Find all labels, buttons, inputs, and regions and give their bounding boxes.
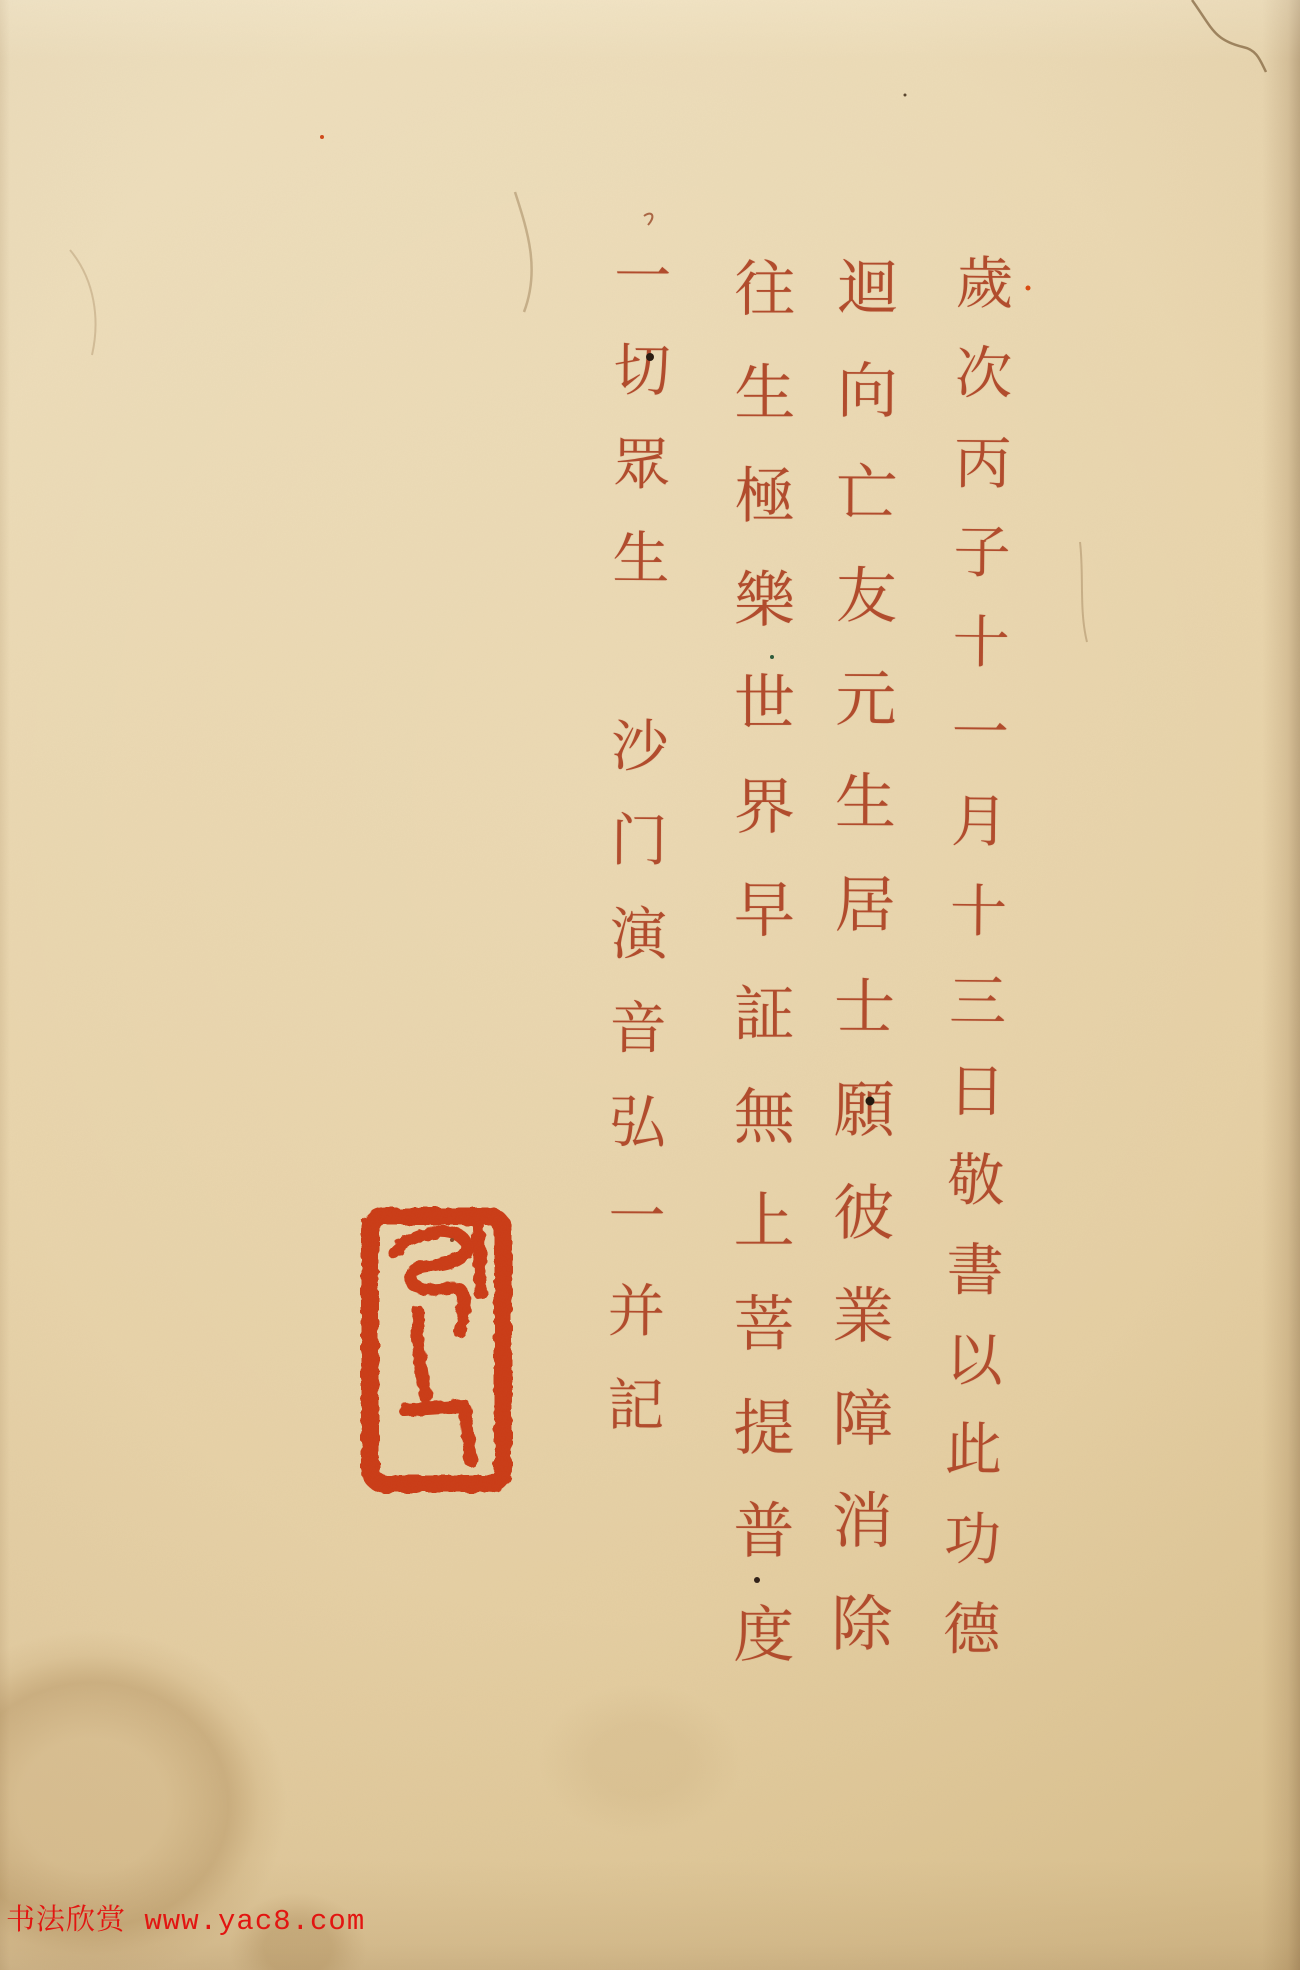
calligraphy-char: 三 — [930, 957, 1025, 1048]
calligraphy-char: 度 — [717, 1583, 811, 1687]
calligraphy-char: 门 — [592, 794, 687, 889]
seal-glyph-top — [394, 1232, 467, 1332]
calligraphy-char: 生 — [594, 512, 689, 607]
calligraphy-char: 上 — [717, 1169, 811, 1273]
calligraphy-char: 一 — [595, 230, 690, 325]
ink-curl-mark — [644, 214, 652, 225]
calligraphy-char: 十 — [934, 598, 1029, 689]
calligraphy-char: 沙 — [593, 700, 688, 795]
text-column-1: 歲次丙子十一月十三日敬書以此功德 — [924, 240, 1032, 1676]
calligraphy-char: 早 — [717, 859, 811, 963]
speck — [904, 94, 907, 97]
calligraphy-char: 并 — [589, 1265, 684, 1360]
calligraphy-char: 極 — [718, 445, 812, 549]
calligraphy-char: 証 — [717, 962, 811, 1066]
calligraphy-char: 生 — [818, 751, 912, 854]
calligraphy-char: 友 — [819, 545, 913, 648]
calligraphy-char: 一 — [590, 1171, 685, 1266]
calligraphy-char: 世 — [718, 652, 812, 756]
calligraphy-char: 普 — [717, 1480, 811, 1584]
text-column-4: 一切眾生沙门演音弘一并記 — [589, 230, 690, 1454]
calligraphy-char: 障 — [816, 1368, 910, 1471]
paper-fibre — [70, 250, 96, 355]
calligraphy-char: 以 — [927, 1316, 1022, 1407]
speck — [320, 135, 324, 139]
calligraphy-char: 亡 — [820, 442, 914, 545]
paper-fibre — [1192, 0, 1266, 72]
calligraphy-sheet: 歲次丙子十一月十三日敬書以此功德 迴向亡友元生居士願彼業障消除 往生極樂世界早証… — [0, 0, 1300, 1970]
seal-stamp-hongyi — [360, 1206, 513, 1494]
calligraphy-char: 居 — [818, 854, 912, 957]
calligraphy-char: 月 — [932, 778, 1027, 869]
calligraphy-char: 此 — [926, 1405, 1021, 1496]
calligraphy-char: 切 — [595, 324, 690, 419]
calligraphy-char: 無 — [717, 1066, 811, 1170]
calligraphy-char: 十 — [931, 867, 1026, 958]
calligraphy-char: 演 — [591, 888, 686, 983]
calligraphy-char: 元 — [819, 648, 913, 751]
calligraphy-char: 願 — [817, 1059, 911, 1162]
calligraphy-char: 除 — [815, 1573, 909, 1676]
calligraphy-char: 士 — [817, 956, 911, 1059]
text-column-3: 往生極樂世界早証無上菩提普度 — [717, 238, 812, 1687]
calligraphy-char: 消 — [815, 1470, 909, 1573]
calligraphy-char: 向 — [820, 340, 914, 443]
calligraphy-char: 德 — [924, 1585, 1019, 1676]
seal-glyph-bracket — [405, 1406, 471, 1461]
calligraphy-char: 書 — [928, 1226, 1023, 1317]
calligraphy-char: 彼 — [817, 1162, 911, 1265]
calligraphy-char: 一 — [933, 688, 1028, 779]
calligraphy-char: 日 — [929, 1047, 1024, 1138]
calligraphy-char: 丙 — [935, 419, 1030, 510]
calligraphy-char: 記 — [589, 1359, 684, 1454]
calligraphy-char: 提 — [717, 1376, 811, 1480]
watermark-text: 书法欣赏 www.yac8.com — [6, 1906, 365, 1938]
paper-fibre — [515, 192, 532, 312]
calligraphy-char: 業 — [816, 1265, 910, 1368]
calligraphy-char: 界 — [717, 755, 811, 859]
calligraphy-char: 往 — [718, 238, 812, 342]
text-column-2: 迴向亡友元生居士願彼業障消除 — [815, 237, 915, 1677]
calligraphy-char: 樂 — [718, 548, 812, 652]
calligraphy-char: 敬 — [929, 1136, 1024, 1227]
seal-glyph-vertical — [418, 1312, 426, 1397]
paper-fibre — [1080, 542, 1087, 642]
calligraphy-char: 菩 — [717, 1273, 811, 1377]
calligraphy-char: 弘 — [590, 1077, 685, 1172]
calligraphy-char: 生 — [718, 341, 812, 445]
calligraphy-char: 迴 — [821, 237, 915, 340]
calligraphy-char: 次 — [936, 329, 1031, 420]
calligraphy-char: 眾 — [594, 418, 689, 513]
calligraphy-char: 歲 — [937, 240, 1032, 331]
calligraphy-char: 音 — [591, 982, 686, 1077]
calligraphy-char: 功 — [925, 1495, 1020, 1586]
calligraphy-char: 子 — [935, 509, 1030, 600]
seal-glyph-right-bar — [478, 1227, 481, 1294]
